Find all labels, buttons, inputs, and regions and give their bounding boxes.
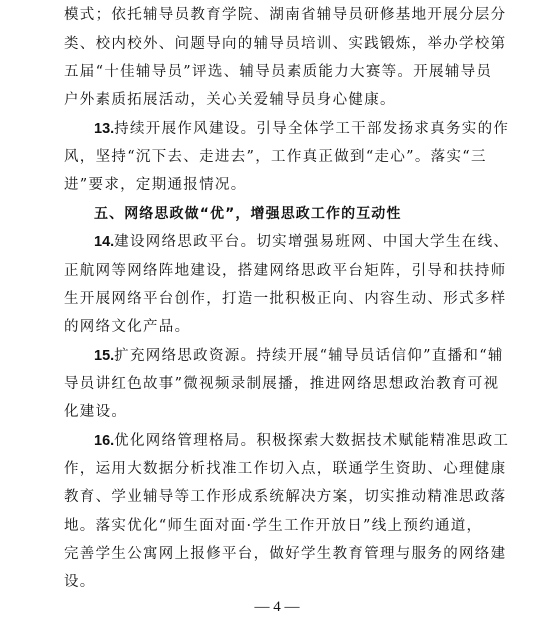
paragraph-line: 五届“十佳辅导员”评选、辅导员素质能力大赛等。开展辅导员 — [64, 58, 488, 86]
item-number: 13. — [94, 121, 114, 137]
item-text: 积极探索大数据技术赋能精准思政工 — [256, 433, 509, 449]
item-16-first-line: 16.优化网络管理格局。积极探索大数据技术赋能精准思政工 — [94, 427, 488, 455]
item-14-first-line: 14.建设网络思政平台。切实增强易班网、中国大学生在线、 — [94, 228, 488, 256]
section-heading: 五、网络思政做“优”，增强思政工作的互动性 — [94, 200, 488, 228]
document-page: 模式；依托辅导员教育学院、湖南省辅导员研修基地开展分层分 类、校内校外、问题导向… — [0, 0, 554, 629]
paragraph-line: 进”要求，定期通报情况。 — [64, 171, 488, 199]
paragraph-line: 导员讲红色故事”微视频录制展播，推进网络思想政治教育可视 — [64, 370, 488, 398]
item-title: 优化网络管理格局。 — [114, 433, 256, 449]
paragraph-line: 设。 — [64, 568, 488, 596]
item-number: 16. — [94, 433, 114, 449]
paragraph-line: 模式；依托辅导员教育学院、湖南省辅导员研修基地开展分层分 — [64, 1, 488, 29]
item-number: 14. — [94, 234, 114, 250]
paragraph-line: 风，坚持“沉下去、走进去”，工作真正做到“走心”。落实“三 — [64, 143, 488, 171]
item-15-first-line: 15.扩充网络思政资源。持续开展“辅导员话信仰”直播和“辅 — [94, 342, 488, 370]
item-number: 15. — [94, 348, 114, 364]
paragraph-line: 生开展网络平台创作，打造一批积极正向、内容生动、形式多样 — [64, 285, 488, 313]
paragraph-line: 的网络文化产品。 — [64, 313, 488, 341]
paragraph-line: 完善学生公寓网上报修平台，做好学生教育管理与服务的网络建 — [64, 540, 488, 568]
paragraph-line: 类、校内校外、问题导向的辅导员培训、实践锻炼，举办学校第 — [64, 30, 488, 58]
item-text: 持续开展“辅导员话信仰”直播和“辅 — [256, 348, 503, 364]
paragraph-line: 户外素质拓展活动，关心关爱辅导员身心健康。 — [64, 86, 488, 114]
paragraph-line: 作，运用大数据分析找准工作切入点，联通学生资助、心理健康 — [64, 455, 488, 483]
paragraph-line: 正航网等网络阵地建设，搭建网络思政平台矩阵，引导和扶持师 — [64, 257, 488, 285]
item-text: 切实增强易班网、中国大学生在线、 — [256, 234, 509, 250]
page-number: — 4 — — [0, 599, 554, 616]
item-title: 持续开展作风建设。 — [114, 121, 256, 137]
item-text: 引导全体学工干部发扬求真务实的作 — [256, 121, 509, 137]
paragraph-line: 教育、学业辅导等工作形成系统解决方案，切实推动精准思政落 — [64, 483, 488, 511]
item-13-first-line: 13.持续开展作风建设。引导全体学工干部发扬求真务实的作 — [94, 115, 488, 143]
paragraph-line: 地。落实优化“师生面对面·学生工作开放日”线上预约通道， — [64, 512, 488, 540]
paragraph-line: 化建设。 — [64, 398, 488, 426]
item-title: 建设网络思政平台。 — [114, 234, 256, 250]
item-title: 扩充网络思政资源。 — [114, 348, 256, 364]
